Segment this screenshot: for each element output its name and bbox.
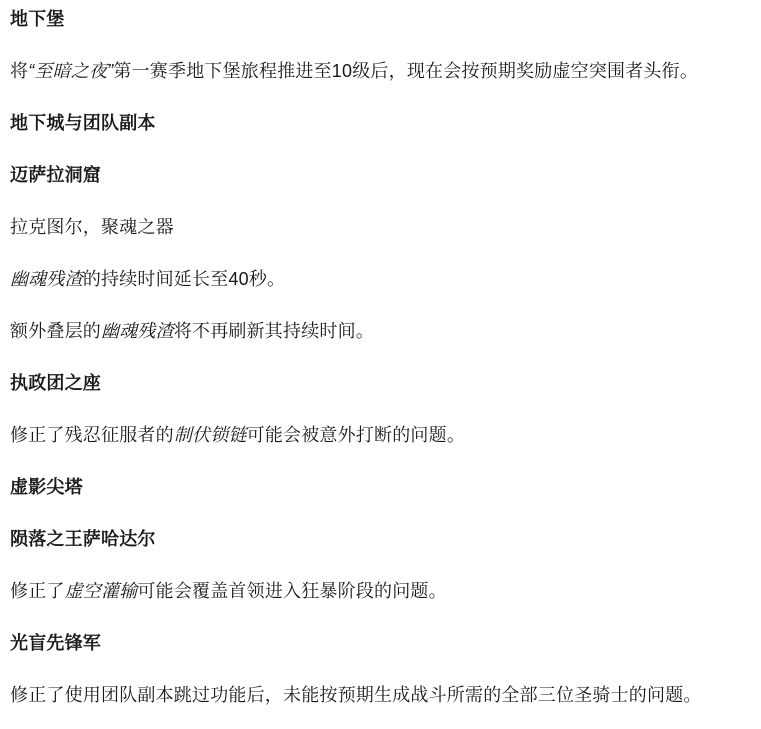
italic-term: “至暗之夜” bbox=[28, 61, 113, 81]
text-segment: 额外叠层的 bbox=[10, 321, 101, 341]
italic-term: 制伏锁链 bbox=[174, 425, 247, 445]
text-segment: 拉克图尔，聚魂之器 bbox=[10, 217, 174, 237]
patch-notes-document: 地下堡将“至暗之夜”第一赛季地下堡旅程推进至10级后，现在会按预期奖励虚空突围者… bbox=[0, 0, 761, 709]
heading-delves: 地下堡 bbox=[10, 5, 706, 33]
paragraph-boss-raktur: 拉克图尔，聚魂之器 bbox=[10, 213, 706, 241]
text-segment: 的持续时间延长至40秒。 bbox=[83, 269, 285, 289]
paragraph-void-infusion-fix: 修正了虚空灌输可能会覆盖首领进入狂暴阶段的问题。 bbox=[10, 577, 706, 605]
heading-fallen-king-sahadar: 陨落之王萨哈达尔 bbox=[10, 525, 706, 553]
heading-dungeons-and-raids: 地下城与团队副本 bbox=[10, 109, 706, 137]
paragraph-suppression-chains-fix: 修正了残忍征服者的制伏锁链可能会被意外打断的问题。 bbox=[10, 421, 706, 449]
paragraph-raid-skip-paladins-fix: 修正了使用团队副本跳过功能后，未能按预期生成战斗所需的全部三位圣骑士的问题。 bbox=[10, 681, 706, 709]
text-segment: 迈萨拉洞窟 bbox=[10, 165, 101, 185]
text-segment: 地下城与团队副本 bbox=[10, 113, 156, 133]
paragraph-delves-reward-note: 将“至暗之夜”第一赛季地下堡旅程推进至10级后，现在会按预期奖励虚空突围者头衔。 bbox=[10, 57, 706, 85]
italic-term: 幽魂残渣 bbox=[101, 321, 174, 341]
italic-term: 虚空灌输 bbox=[65, 581, 138, 601]
text-segment: 陨落之王萨哈达尔 bbox=[10, 529, 156, 549]
text-segment: 执政团之座 bbox=[10, 373, 101, 393]
italic-term: 幽魂残渣 bbox=[10, 269, 83, 289]
text-segment: 虚影尖塔 bbox=[10, 477, 83, 497]
heading-lightblind-vanguard: 光盲先锋军 bbox=[10, 629, 706, 657]
text-segment: 地下堡 bbox=[10, 9, 65, 29]
paragraph-ghostly-residue-refresh: 额外叠层的幽魂残渣将不再刷新其持续时间。 bbox=[10, 317, 706, 345]
text-segment: 可能会被意外打断的问题。 bbox=[247, 425, 465, 445]
heading-seat-of-the-council: 执政团之座 bbox=[10, 369, 706, 397]
heading-maisara-cavern: 迈萨拉洞窟 bbox=[10, 161, 706, 189]
text-segment: 第一赛季地下堡旅程推进至10级后，现在会按预期奖励虚空突围者头衔。 bbox=[113, 61, 698, 81]
text-segment: 将 bbox=[10, 61, 28, 81]
paragraph-ghostly-residue-duration: 幽魂残渣的持续时间延长至40秒。 bbox=[10, 265, 706, 293]
text-segment: 修正了使用团队副本跳过功能后，未能按预期生成战斗所需的全部三位圣骑士的问题。 bbox=[10, 685, 702, 705]
text-segment: 将不再刷新其持续时间。 bbox=[174, 321, 374, 341]
text-segment: 修正了 bbox=[10, 581, 65, 601]
text-segment: 可能会覆盖首领进入狂暴阶段的问题。 bbox=[137, 581, 446, 601]
heading-phantom-spire: 虚影尖塔 bbox=[10, 473, 706, 501]
text-segment: 光盲先锋军 bbox=[10, 633, 101, 653]
text-segment: 修正了残忍征服者的 bbox=[10, 425, 174, 445]
